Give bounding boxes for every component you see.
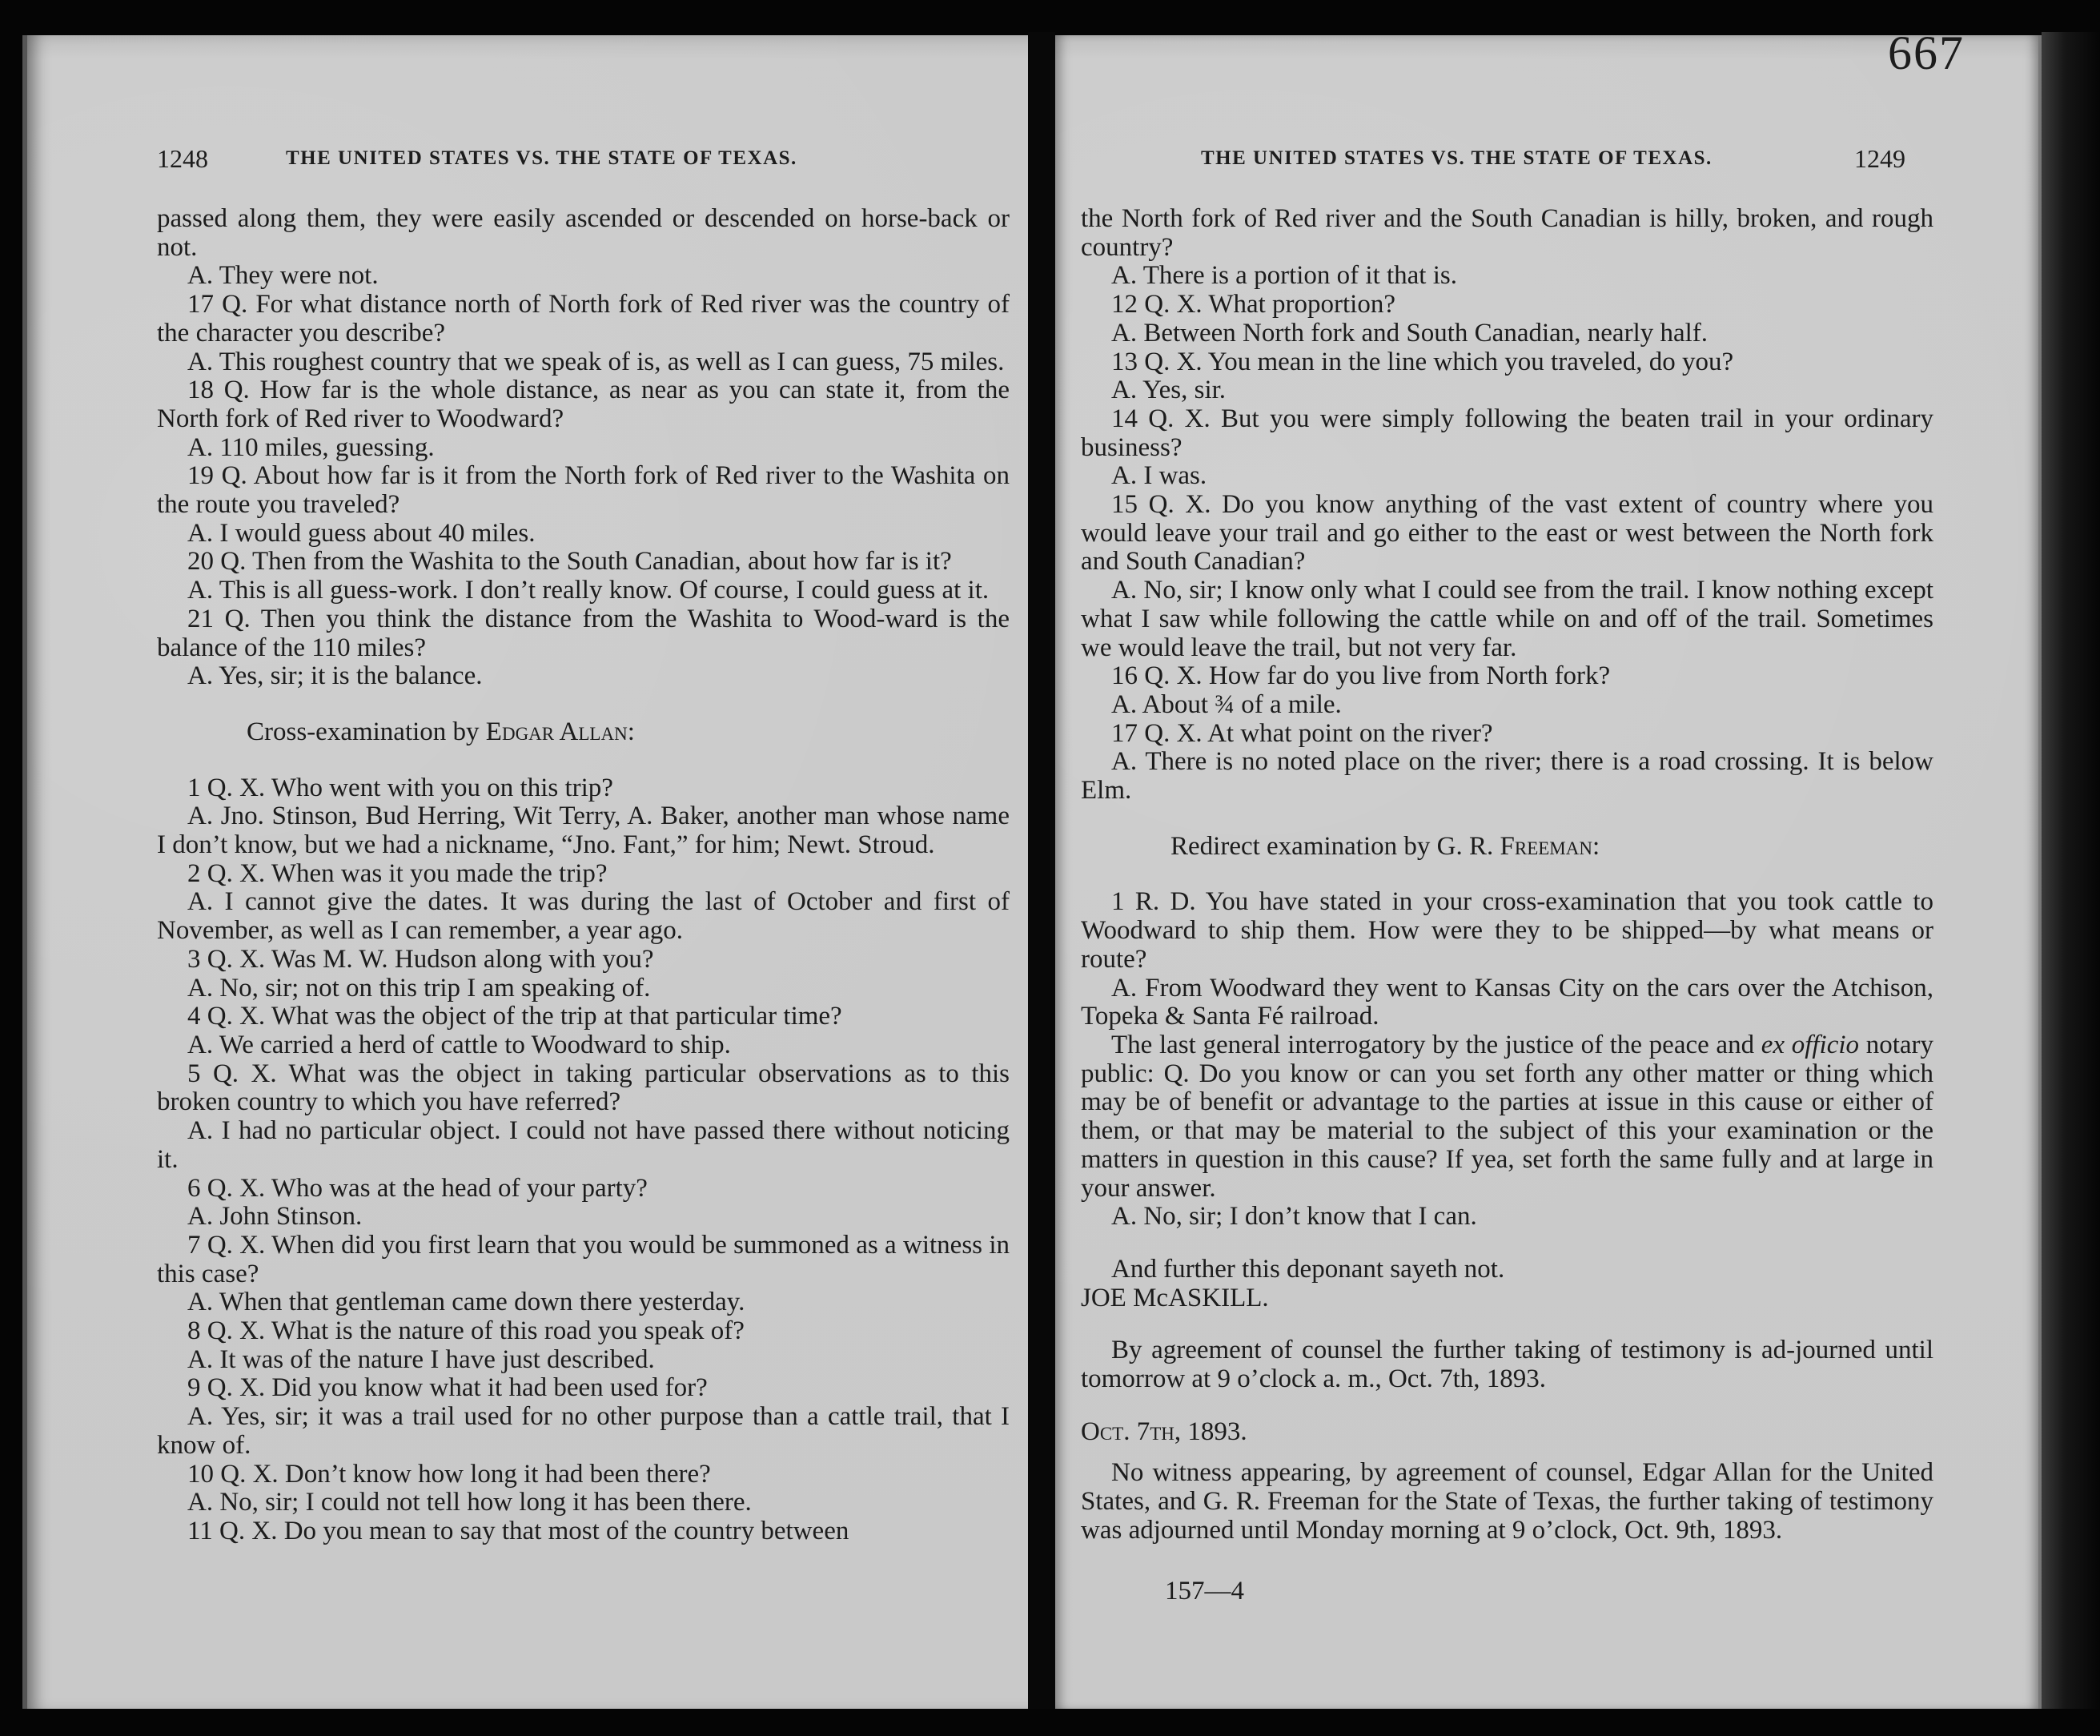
heading-prefix: Cross-examination by [247,717,486,746]
scan-bottom-border [0,1709,2100,1736]
paragraph: A. They were not. [157,262,1010,291]
heading-prefix: Redirect examination by G. R. [1170,832,1500,861]
paragraph: 16 Q. X. How far do you live from North … [1081,662,1933,691]
paragraph: 13 Q. X. You mean in the line which you … [1081,348,1933,377]
signature-mark: 157—4 [1081,1577,1933,1606]
paragraph: A. There is no noted place on the river;… [1081,748,1933,805]
interrogatory-answer: A. No, sir; I don’t know that I can. [1081,1203,1933,1232]
page-1248: 1248 THE UNITED STATES VS. THE STATE OF … [22,35,1034,1709]
qa-line: A. From Woodward they went to Kansas Cit… [1081,974,1933,1031]
qa-line: 4 Q. X. What was the object of the trip … [157,1003,1010,1031]
paragraph: A. About ¾ of a mile. [1081,691,1933,720]
qa-line: A. John Stinson. [157,1203,1010,1232]
paragraph: 15 Q. X. Do you know anything of the vas… [1081,491,1933,577]
qa-line: 2 Q. X. When was it you made the trip? [157,860,1010,889]
interrogatory-pre: The last general interrogatory by the ju… [1111,1031,1761,1059]
paragraph: A. Between North fork and South Canadian… [1081,319,1933,348]
paragraph: 21 Q. Then you think the distance from t… [157,605,1010,662]
paragraph: A. This roughest country that we speak o… [157,348,1010,377]
qa-line: A. No, sir; not on this trip I am speaki… [157,974,1010,1003]
paragraph: A. Yes, sir. [1081,376,1933,405]
qa-line: 6 Q. X. Who was at the head of your part… [157,1175,1010,1204]
qa-line: A. Jno. Stinson, Bud Herring, Wit Terry,… [157,802,1010,859]
qa-line: A. We carried a herd of cattle to Woodwa… [157,1031,1010,1060]
qa-line: 8 Q. X. What is the nature of this road … [157,1317,1010,1346]
paragraph: 17 Q. For what distance north of North f… [157,291,1010,348]
examiner-name: Edgar Allan [486,717,628,746]
stamp-number: 667 [1888,26,1965,81]
qa-line: A. I cannot give the dates. It was durin… [157,888,1010,945]
text-column: passed along them, they were easily asce… [157,205,1010,1546]
page-1249: 667 THE UNITED STATES VS. THE STATE OF T… [1055,35,2042,1709]
paragraph: the North fork of Red river and the Sout… [1081,205,1933,262]
paragraph: 19 Q. About how far is it from the North… [157,462,1010,519]
examiner-name: Freeman [1500,832,1592,861]
page-number: 1249 [1854,144,1905,174]
qa-line: 9 Q. X. Did you know what it had been us… [157,1374,1010,1403]
date-line: Oct. 7th, 1893. [1081,1418,1933,1447]
paragraph: A. 110 miles, guessing. [157,434,1010,463]
paragraph: passed along them, they were easily asce… [157,205,1010,262]
paragraph: 14 Q. X. But you were simply following t… [1081,405,1933,462]
qa-line: 10 Q. X. Don’t know how long it had been… [157,1461,1010,1489]
qa-line: A. No, sir; I could not tell how long it… [157,1489,1010,1517]
running-head: THE UNITED STATES VS. THE STATE OF TEXAS… [1201,147,1713,170]
page-number: 1248 [157,144,208,174]
qa-line: 7 Q. X. When did you first learn that yo… [157,1232,1010,1288]
section-heading-redirect: Redirect examination by G. R. Freeman: [1081,833,1933,862]
text-column: the North fork of Red river and the Sout… [1081,205,1933,1605]
paragraph: A. There is a portion of it that is. [1081,262,1933,291]
paragraph: 20 Q. Then from the Washita to the South… [157,548,1010,577]
qa-line: A. Yes, sir; it was a trail used for no … [157,1403,1010,1460]
interrogatory: The last general interrogatory by the ju… [1081,1031,1933,1203]
qa-line: A. It was of the nature I have just desc… [157,1346,1010,1375]
section-heading-cross-examination: Cross-examination by Edgar Allan: [157,718,1010,747]
heading-suffix: : [628,717,635,746]
qa-line: A. When that gentleman came down there y… [157,1288,1010,1317]
qa-line: A. I had no particular object. I could n… [157,1117,1010,1174]
qa-line: 1 Q. X. Who went with you on this trip? [157,774,1010,803]
paragraph: A. This is all guess-work. I don’t reall… [157,577,1010,605]
qa-line: 1 R. D. You have stated in your cross-ex… [1081,888,1933,974]
paragraph: A. I would guess about 40 miles. [157,520,1010,549]
qa-line: 5 Q. X. What was the object in taking pa… [157,1060,1010,1117]
scan-right-border [2042,32,2100,1736]
closing-statement: And further this deponant sayeth not. [1081,1256,1933,1284]
paragraph: 12 Q. X. What proportion? [1081,291,1933,319]
final-paragraph: No witness appearing, by agreement of co… [1081,1459,1933,1545]
book-gutter [1028,32,1055,1714]
interrogatory-italic: ex officio [1761,1031,1859,1059]
qa-line: 11 Q. X. Do you mean to say that most of… [157,1517,1010,1546]
running-head: THE UNITED STATES VS. THE STATE OF TEXAS… [286,147,797,170]
paragraph: 18 Q. How far is the whole distance, as … [157,376,1010,433]
adjournment-notice: By agreement of counsel the further taki… [1081,1336,1933,1393]
paragraph: 17 Q. X. At what point on the river? [1081,720,1933,749]
qa-line: 3 Q. X. Was M. W. Hudson along with you? [157,946,1010,974]
paragraph: A. I was. [1081,462,1933,491]
heading-suffix: : [1592,832,1600,861]
deponent-signature: JOE McASKILL. [1081,1284,1933,1313]
paragraph: A. No, sir; I know only what I could see… [1081,577,1933,662]
paragraph: A. Yes, sir; it is the balance. [157,662,1010,691]
